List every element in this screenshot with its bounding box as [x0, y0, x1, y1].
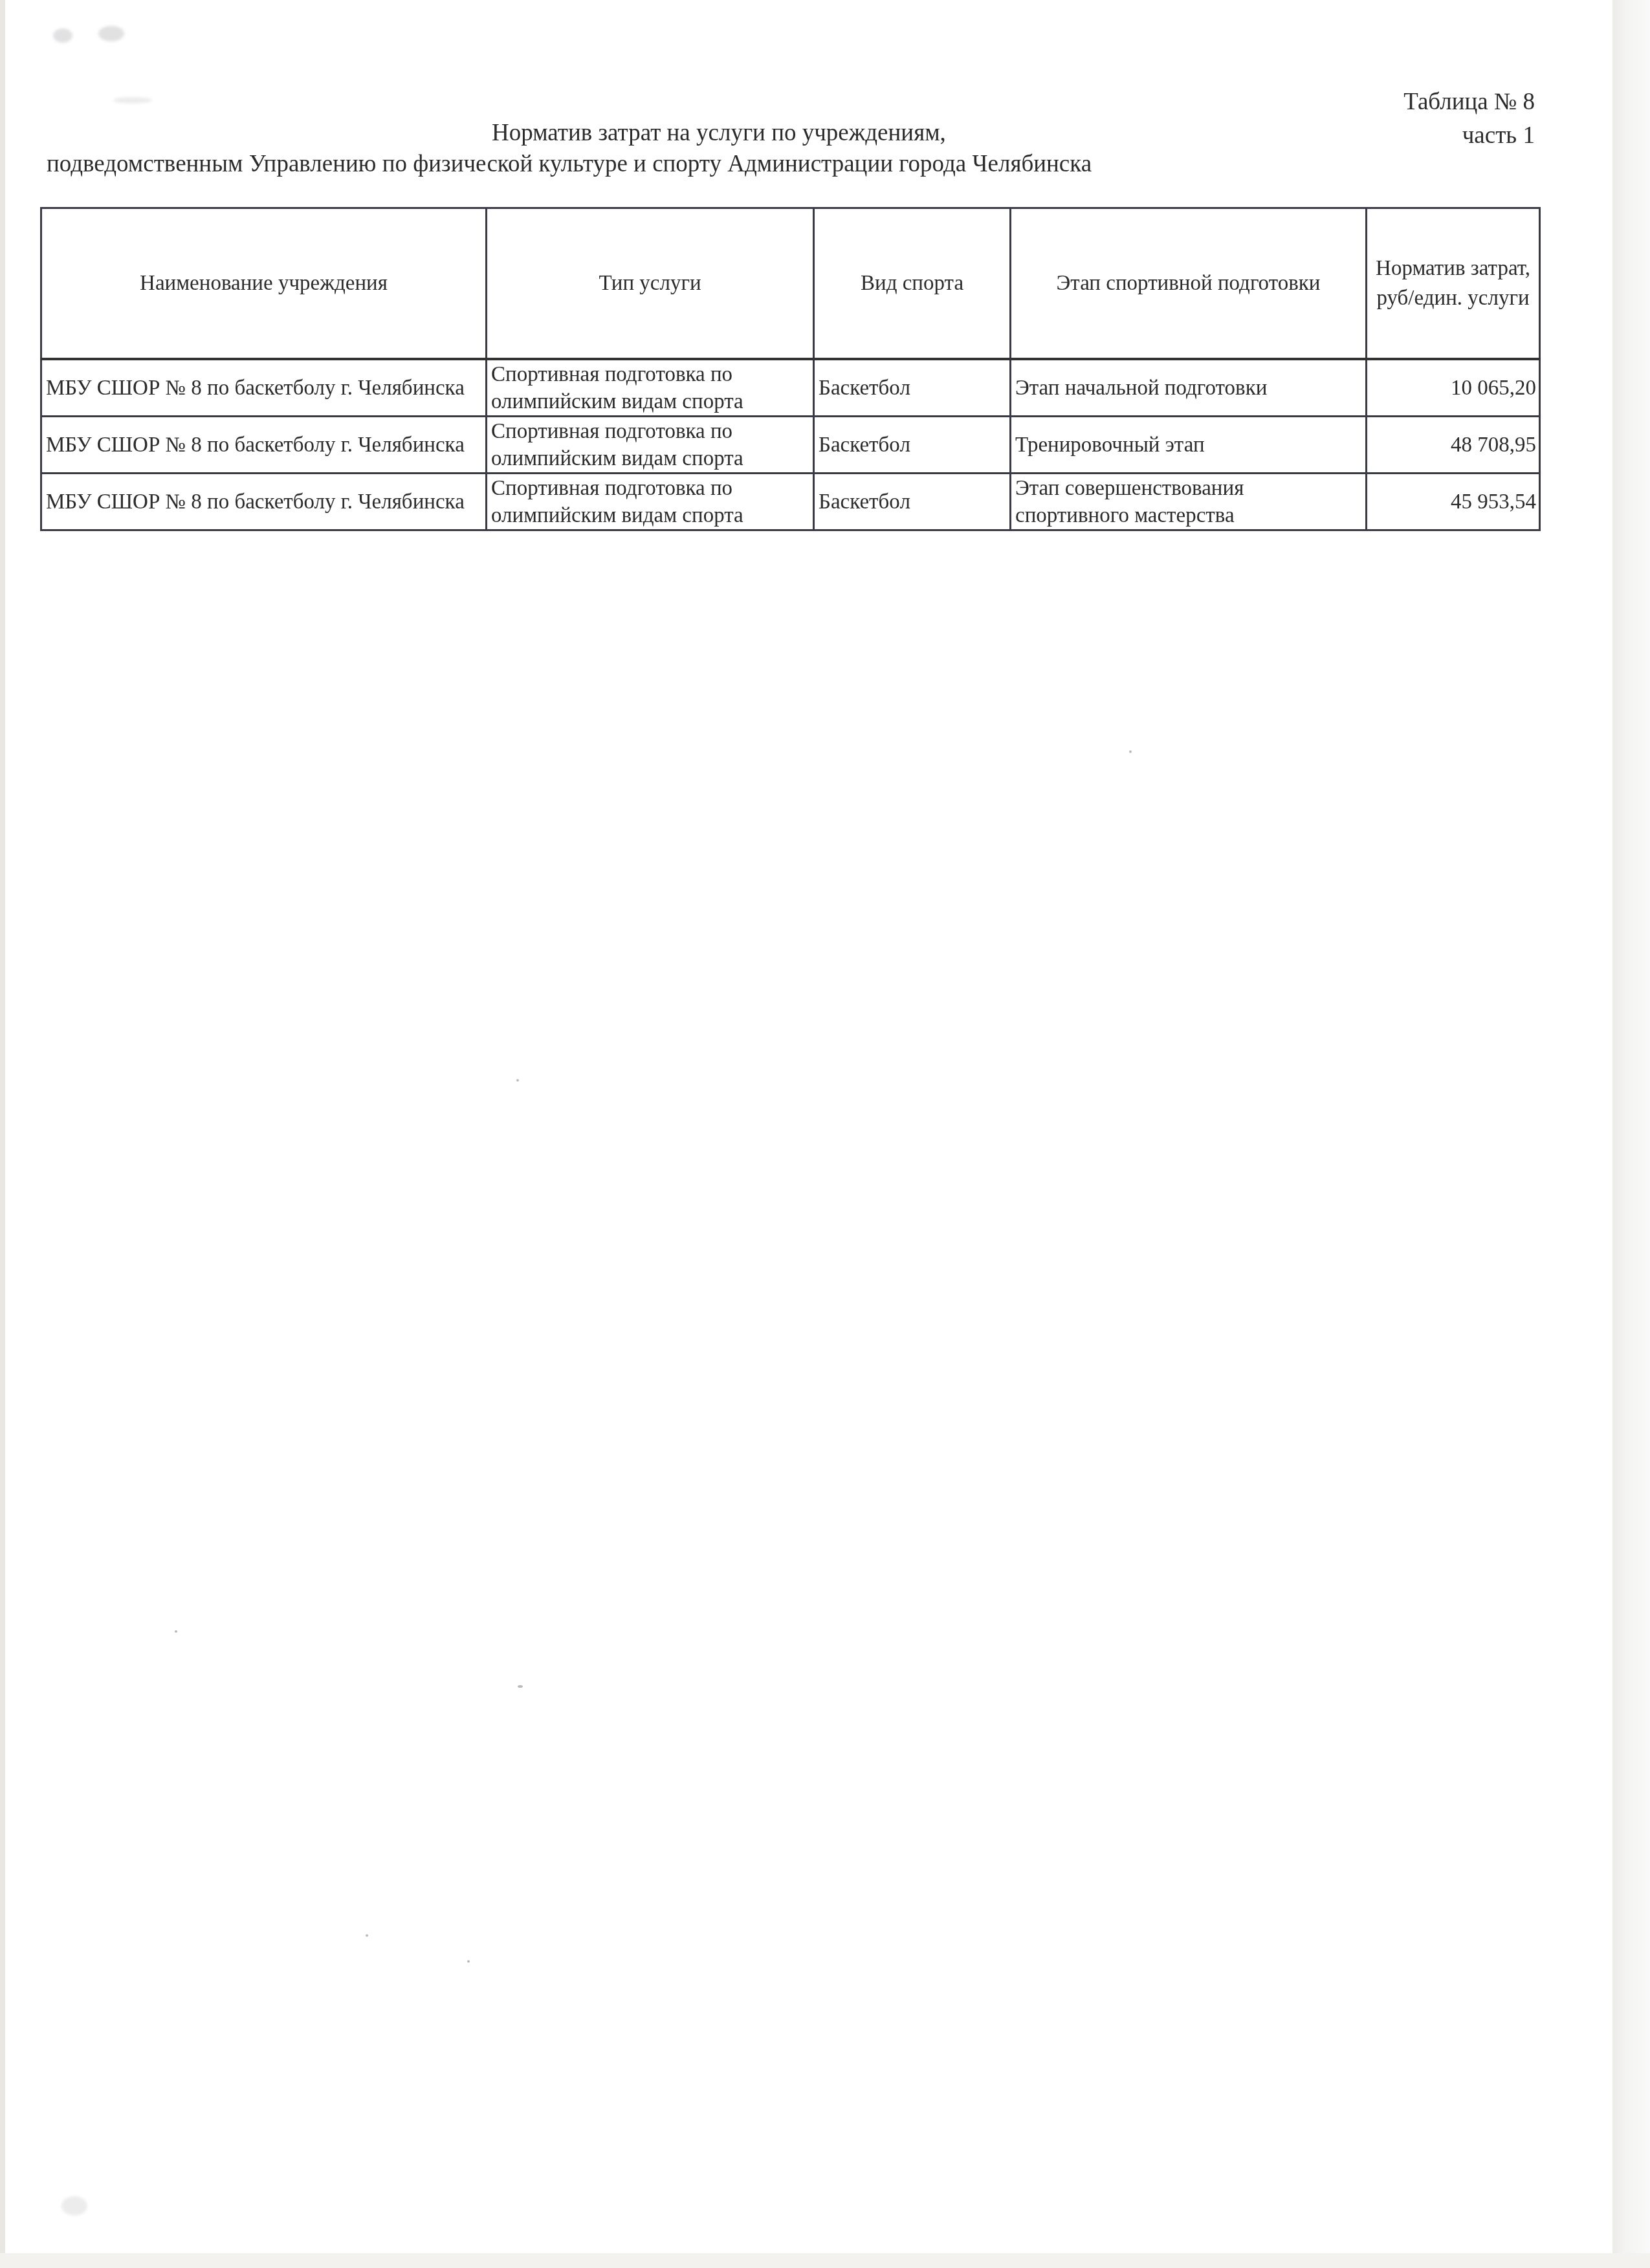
header-stage: Этап спортивной подготовки — [1011, 208, 1367, 360]
header-service-type: Тип услуги — [487, 208, 814, 360]
cell-stage: Этап начальной подготовки — [1011, 359, 1367, 417]
header-sport: Вид спорта — [814, 208, 1011, 360]
cell-service-type: Спортивная подготовка по олимпийским вид… — [487, 359, 814, 417]
document-title-line-1: Норматив затрат на услуги по учреждениям… — [492, 116, 946, 150]
cell-sport: Баскетбол — [814, 359, 1011, 417]
scan-smudge — [98, 26, 124, 41]
table-label: Таблица № 8 часть 1 — [1403, 85, 1535, 153]
table-header-row: Наименование учреждения Тип услуги Вид с… — [41, 208, 1540, 360]
scan-speck — [175, 1630, 177, 1633]
cell-norm: 10 065,20 — [1367, 359, 1540, 417]
table-number: Таблица № 8 — [1403, 85, 1535, 119]
cell-sport: Баскетбол — [814, 417, 1011, 474]
scan-smudge — [53, 28, 72, 43]
table-part: часть 1 — [1403, 119, 1535, 153]
cell-institution: МБУ СШОР № 8 по баскетболу г. Челябинска — [41, 417, 487, 474]
cell-institution: МБУ СШОР № 8 по баскетболу г. Челябинска — [41, 474, 487, 530]
table-row: МБУ СШОР № 8 по баскетболу г. Челябинска… — [41, 474, 1540, 530]
scan-speck — [516, 1079, 519, 1082]
scan-edge-bottom — [0, 2253, 1650, 2268]
header-norm: Норматив затрат, руб/един. услуги — [1367, 208, 1540, 360]
cell-sport: Баскетбол — [814, 474, 1011, 530]
scan-edge-right — [1612, 0, 1650, 2268]
scan-speck — [366, 1934, 368, 1937]
cell-institution: МБУ СШОР № 8 по баскетболу г. Челябинска — [41, 359, 487, 417]
scan-smudge — [113, 97, 152, 104]
document-title-line-2: подведомственным Управлению по физическо… — [47, 147, 1092, 181]
cell-stage: Этап совершенствования спортивного масте… — [1011, 474, 1367, 530]
cell-stage: Тренировочный этап — [1011, 417, 1367, 474]
cell-norm: 45 953,54 — [1367, 474, 1540, 530]
cell-service-type: Спортивная подготовка по олимпийским вид… — [487, 417, 814, 474]
header-institution: Наименование учреждения — [41, 208, 487, 360]
cost-norm-table: Наименование учреждения Тип услуги Вид с… — [40, 207, 1541, 531]
scan-speck — [1129, 750, 1132, 753]
table-row: МБУ СШОР № 8 по баскетболу г. Челябинска… — [41, 417, 1540, 474]
scan-speck — [518, 1685, 523, 1688]
scan-speck — [467, 1960, 470, 1963]
cell-service-type: Спортивная подготовка по олимпийским вид… — [487, 474, 814, 530]
scan-smudge — [61, 2196, 87, 2216]
scan-edge-left — [0, 0, 5, 2268]
cell-norm: 48 708,95 — [1367, 417, 1540, 474]
table-row: МБУ СШОР № 8 по баскетболу г. Челябинска… — [41, 359, 1540, 417]
